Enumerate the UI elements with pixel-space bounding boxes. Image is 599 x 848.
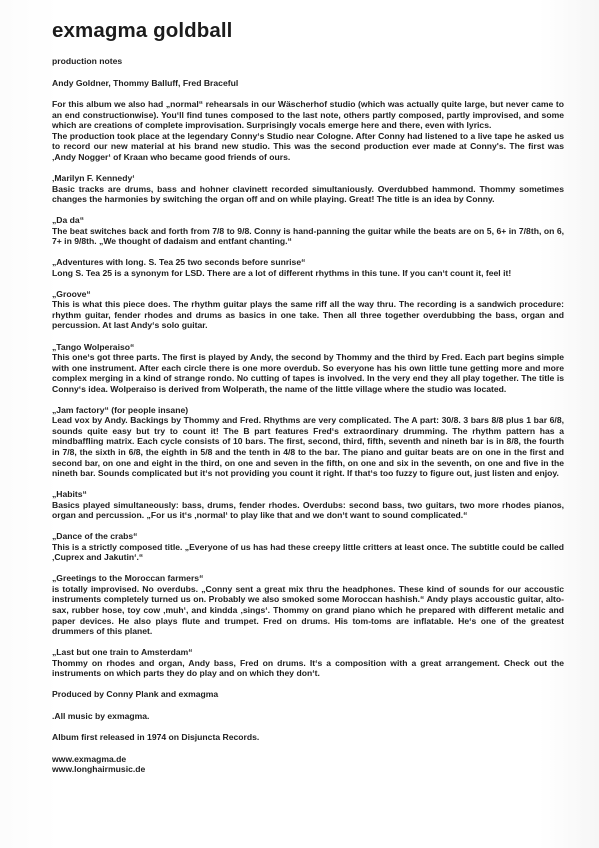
track-title: „Da da“ (52, 215, 564, 226)
track-note: „Da da“ The beat switches back and forth… (52, 215, 564, 247)
track-description: is totally improvised. No overdubs. „Con… (52, 584, 564, 637)
intro-text: For this album we also had „normal“ rehe… (52, 99, 564, 162)
producer-credit: Produced by Conny Plank and exmagma (52, 689, 564, 700)
track-title: ‚Marilyn F. Kennedy‘ (52, 173, 564, 184)
website-links: www.exmagma.de www.longhairmusic.de (52, 754, 564, 775)
track-title: „Habits“ (52, 489, 564, 500)
track-description: Thommy on rhodes and organ, Andy bass, F… (52, 658, 564, 679)
track-note: „Dance of the crabs“ This is a strictly … (52, 531, 564, 563)
website-link: www.longhairmusic.de (52, 764, 564, 775)
track-note: ‚Marilyn F. Kennedy‘ Basic tracks are dr… (52, 173, 564, 205)
track-title: „Last but one train to Amsterdam“ (52, 647, 564, 658)
track-description: The beat switches back and forth from 7/… (52, 226, 564, 247)
band-members: Andy Goldner, Thommy Balluff, Fred Brace… (52, 78, 564, 89)
track-description: Long S. Tea 25 is a synonym for LSD. The… (52, 268, 564, 279)
track-title: „Groove“ (52, 289, 564, 300)
liner-notes-page: exmagma goldball production notes Andy G… (52, 19, 564, 775)
intro-paragraph: For this album we also had „normal“ rehe… (52, 99, 564, 131)
track-title: „Jam factory“ (for people insane) (52, 405, 564, 416)
credits: Produced by Conny Plank and exmagma .All… (52, 689, 564, 743)
track-note: „Adventures with long. S. Tea 25 two sec… (52, 257, 564, 278)
track-note: „Jam factory“ (for people insane) Lead v… (52, 405, 564, 479)
track-title: „Greetings to the Moroccan farmers“ (52, 573, 564, 584)
track-note: „Groove“ This is what this piece does. T… (52, 289, 564, 331)
release-info: Album first released in 1974 on Disjunct… (52, 732, 564, 743)
track-note: „Tango Wolperaiso“ This one‘s got three … (52, 342, 564, 395)
intro-paragraph: The production took place at the legenda… (52, 131, 564, 163)
track-note: „Greetings to the Moroccan farmers“ is t… (52, 573, 564, 636)
track-description: Lead vox by Andy. Backings by Thommy and… (52, 415, 564, 478)
track-description: This one‘s got three parts. The first is… (52, 352, 564, 394)
track-description: Basic tracks are drums, bass and hohner … (52, 184, 564, 205)
track-description: This is what this piece does. The rhythm… (52, 299, 564, 331)
track-title: „Dance of the crabs“ (52, 531, 564, 542)
track-description: This is a strictly composed title. „Ever… (52, 542, 564, 563)
section-subtitle: production notes (52, 56, 564, 67)
track-description: Basics played simultaneously: bass, drum… (52, 500, 564, 521)
track-note: „Habits“ Basics played simultaneously: b… (52, 489, 564, 521)
track-title: „Tango Wolperaiso“ (52, 342, 564, 353)
music-credit: .All music by exmagma. (52, 711, 564, 722)
track-title: „Adventures with long. S. Tea 25 two sec… (52, 257, 564, 268)
track-note: „Last but one train to Amsterdam“ Thommy… (52, 647, 564, 679)
website-link: www.exmagma.de (52, 754, 564, 765)
album-title: exmagma goldball (52, 19, 564, 43)
